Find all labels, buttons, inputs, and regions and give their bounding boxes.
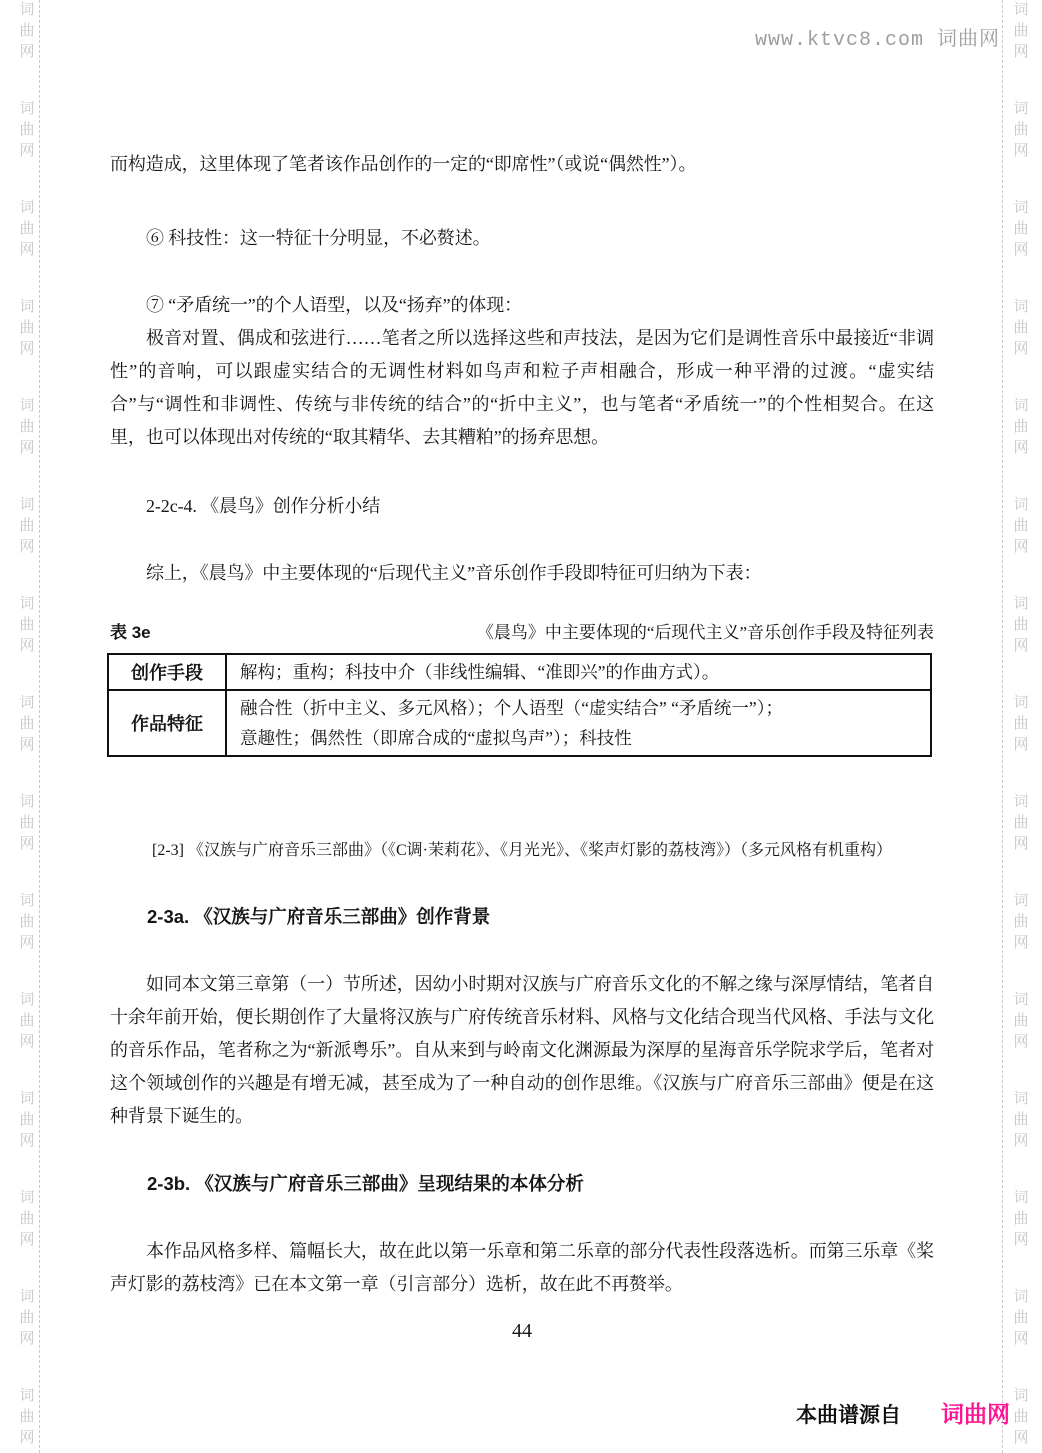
watermark-char: 词 [19,1388,35,1403]
watermark-char: 词 [1013,695,1029,710]
watermark-char: 曲 [1013,617,1029,632]
watermark-char: 词 [1013,1388,1029,1403]
watermark-group: 词曲网 [19,1091,35,1148]
watermark-char: 词 [19,299,35,314]
watermark-group: 词曲网 [19,497,35,554]
watermark-char: 网 [19,935,35,950]
watermark-char: 网 [19,1430,35,1445]
watermark-char: 曲 [1013,716,1029,731]
section-heading-2-3b: 2-3b. 《汉族与广府音乐三部曲》呈现结果的本体分析 [110,1167,934,1200]
watermark-char: 曲 [1013,1211,1029,1226]
watermark-char: 曲 [1013,122,1029,137]
row-value-features-line-1: 融合性（折中主义、多元风格）；个人语型（“虚实结合” “矛盾统一”）； [240,693,922,723]
watermark-group: 词曲网 [1013,596,1029,653]
watermark-char: 词 [1013,299,1029,314]
watermark-char: 词 [19,1289,35,1304]
watermark-group: 词曲网 [1013,1190,1029,1247]
watermark-group: 词曲网 [19,794,35,851]
watermark-char: 曲 [1013,23,1029,38]
watermark-char: 词 [1013,596,1029,611]
watermark-char: 网 [19,1331,35,1346]
watermark-char: 网 [19,242,35,257]
watermark-char: 网 [19,1034,35,1049]
watermark-char: 曲 [1013,1112,1029,1127]
watermark-char: 网 [1013,1133,1029,1148]
watermark-char: 词 [19,2,35,17]
watermark-group: 词曲网 [19,2,35,59]
watermark-char: 词 [19,497,35,512]
watermark-char: 曲 [1013,320,1029,335]
watermark-char: 曲 [1013,221,1029,236]
document-content: 而构造成，这里体现了笔者该作品创作的一定的“即席性”（或说“偶然性”）。 ⑥ 科… [110,0,934,1343]
watermark-char: 网 [1013,1331,1029,1346]
watermark-char: 曲 [19,716,35,731]
watermark-char: 网 [1013,737,1029,752]
watermark-group: 词曲网 [1013,299,1029,356]
watermark-char: 网 [1013,341,1029,356]
watermark-char: 网 [1013,1034,1029,1049]
watermark-char: 词 [1013,1190,1029,1205]
table-caption-text: 《晨鸟》中主要体现的“后现代主义”音乐创作手段及特征列表 [477,620,934,646]
watermark-char: 曲 [19,815,35,830]
watermark-group: 词曲网 [19,695,35,752]
section-bracket-line-2-3: [2-3] 《汉族与广府音乐三部曲》（《C调·茉莉花》、《月光光》、《桨声灯影的… [110,834,934,867]
watermark-char: 曲 [1013,1409,1029,1424]
row-value-features: 融合性（折中主义、多元风格）；个人语型（“虚实结合” “矛盾统一”）； 意趣性；… [226,690,931,756]
watermark-char: 网 [19,1232,35,1247]
watermark-char: 曲 [19,1409,35,1424]
watermark-char: 网 [19,539,35,554]
watermark-group: 词曲网 [1013,398,1029,455]
watermark-char: 曲 [19,1211,35,1226]
watermark-group: 词曲网 [19,1388,35,1445]
watermark-char: 词 [19,794,35,809]
watermark-group: 词曲网 [19,893,35,950]
watermark-char: 词 [19,1091,35,1106]
watermark-group: 词曲网 [19,1289,35,1346]
footer-attribution: 本曲谱源自 词曲网 [796,1396,1010,1429]
watermark-char: 网 [1013,1232,1029,1247]
watermark-char: 曲 [19,320,35,335]
watermark-group: 词曲网 [1013,200,1029,257]
watermark-char: 网 [1013,539,1029,554]
watermark-char: 曲 [1013,815,1029,830]
right-watermark-column: 词曲网词曲网词曲网词曲网词曲网词曲网词曲网词曲网词曲网词曲网词曲网词曲网词曲网词… [1013,2,1029,1445]
watermark-group: 词曲网 [19,299,35,356]
watermark-char: 曲 [1013,419,1029,434]
left-watermark-column: 词曲网词曲网词曲网词曲网词曲网词曲网词曲网词曲网词曲网词曲网词曲网词曲网词曲网词… [19,2,35,1445]
watermark-char: 曲 [19,122,35,137]
watermark-char: 词 [19,1190,35,1205]
watermark-char: 曲 [1013,1310,1029,1325]
watermark-char: 网 [19,143,35,158]
paragraph-harmony-techniques: 极音对置、偶成和弦进行……笔者之所以选择这些和声技法，是因为它们是调性音乐中最接… [110,322,934,454]
watermark-char: 网 [1013,935,1029,950]
watermark-group: 词曲网 [1013,2,1029,59]
page-number: 44 [110,1320,934,1343]
watermark-char: 网 [1013,836,1029,851]
watermark-group: 词曲网 [1013,101,1029,158]
watermark-char: 词 [1013,101,1029,116]
footer-source-label: 本曲谱源自 [796,1399,901,1429]
watermark-group: 词曲网 [1013,794,1029,851]
watermark-char: 词 [1013,992,1029,1007]
list-item-7: ⑦ “矛盾统一”的个人语型，以及“扬弃”的体现： [110,289,934,322]
watermark-char: 网 [19,44,35,59]
watermark-char: 词 [1013,893,1029,908]
left-dashed-divider [39,0,40,1453]
row-label-techniques: 创作手段 [108,654,226,690]
watermark-char: 曲 [19,419,35,434]
paragraph-continuation: 而构造成，这里体现了笔者该作品创作的一定的“即席性”（或说“偶然性”）。 [110,148,934,181]
watermark-char: 网 [19,440,35,455]
watermark-group: 词曲网 [1013,1091,1029,1148]
watermark-char: 词 [1013,1091,1029,1106]
watermark-char: 曲 [19,1013,35,1028]
summary-table: 创作手段 解构；重构；科技中介（非线性编辑、“准即兴”的作曲方式）。 作品特征 … [107,653,932,757]
watermark-char: 网 [19,1133,35,1148]
section-heading-2-2c-4: 2-2c-4. 《晨鸟》创作分析小结 [110,490,934,523]
watermark-char: 网 [1013,44,1029,59]
watermark-group: 词曲网 [1013,992,1029,1049]
watermark-group: 词曲网 [19,200,35,257]
footer-brand: 词曲网 [941,1396,1010,1429]
table-tag: 表 3e [110,620,151,646]
watermark-char: 词 [19,893,35,908]
paragraph-summary-lead: 综上，《晨鸟》中主要体现的“后现代主义”音乐创作手段即特征可归纳为下表： [110,557,934,590]
paragraph-creation-background: 如同本文第三章第（一）节所述，因幼小时期对汉族与广府音乐文化的不解之缘与深厚情结… [110,968,934,1133]
watermark-group: 词曲网 [19,596,35,653]
watermark-char: 词 [19,200,35,215]
watermark-group: 词曲网 [1013,497,1029,554]
right-dashed-divider [1002,0,1003,1453]
watermark-group: 词曲网 [1013,1289,1029,1346]
watermark-char: 词 [1013,2,1029,17]
watermark-char: 词 [1013,398,1029,413]
row-value-techniques: 解构；重构；科技中介（非线性编辑、“准即兴”的作曲方式）。 [226,654,931,690]
paragraph-ontology-analysis: 本作品风格多样、篇幅长大，故在此以第一乐章和第二乐章的部分代表性段落选析。而第三… [110,1235,934,1301]
section-heading-2-3a: 2-3a. 《汉族与广府音乐三部曲》创作背景 [110,900,934,933]
watermark-char: 词 [19,695,35,710]
watermark-char: 曲 [1013,914,1029,929]
watermark-char: 词 [1013,200,1029,215]
table-row-techniques: 创作手段 解构；重构；科技中介（非线性编辑、“准即兴”的作曲方式）。 [108,654,931,690]
watermark-char: 网 [1013,242,1029,257]
watermark-char: 曲 [19,221,35,236]
watermark-group: 词曲网 [19,398,35,455]
watermark-char: 网 [19,737,35,752]
watermark-char: 词 [19,101,35,116]
watermark-group: 词曲网 [19,101,35,158]
watermark-char: 网 [1013,1430,1029,1445]
watermark-char: 网 [19,341,35,356]
watermark-char: 曲 [1013,518,1029,533]
watermark-char: 词 [1013,1289,1029,1304]
watermark-char: 网 [19,836,35,851]
watermark-char: 曲 [19,1310,35,1325]
watermark-char: 词 [1013,497,1029,512]
watermark-char: 曲 [19,617,35,632]
watermark-char: 网 [19,638,35,653]
watermark-char: 词 [19,398,35,413]
watermark-char: 曲 [19,23,35,38]
watermark-char: 曲 [19,518,35,533]
watermark-char: 曲 [19,1112,35,1127]
watermark-char: 网 [1013,143,1029,158]
row-value-features-line-2: 意趣性；偶然性（即席合成的“虚拟鸟声”）；科技性 [240,723,922,753]
table-caption-row: 表 3e 《晨鸟》中主要体现的“后现代主义”音乐创作手段及特征列表 [110,620,934,646]
watermark-group: 词曲网 [19,1190,35,1247]
watermark-group: 词曲网 [1013,1388,1029,1445]
list-item-6: ⑥ 科技性：这一特征十分明显，不必赘述。 [110,222,934,255]
watermark-char: 曲 [19,914,35,929]
table-row-features: 作品特征 融合性（折中主义、多元风格）；个人语型（“虚实结合” “矛盾统一”）；… [108,690,931,756]
watermark-char: 网 [1013,440,1029,455]
watermark-char: 词 [19,596,35,611]
watermark-char: 词 [19,992,35,1007]
watermark-group: 词曲网 [19,992,35,1049]
watermark-group: 词曲网 [1013,893,1029,950]
watermark-char: 词 [1013,794,1029,809]
watermark-group: 词曲网 [1013,695,1029,752]
watermark-char: 网 [1013,638,1029,653]
row-label-features: 作品特征 [108,690,226,756]
watermark-char: 曲 [1013,1013,1029,1028]
